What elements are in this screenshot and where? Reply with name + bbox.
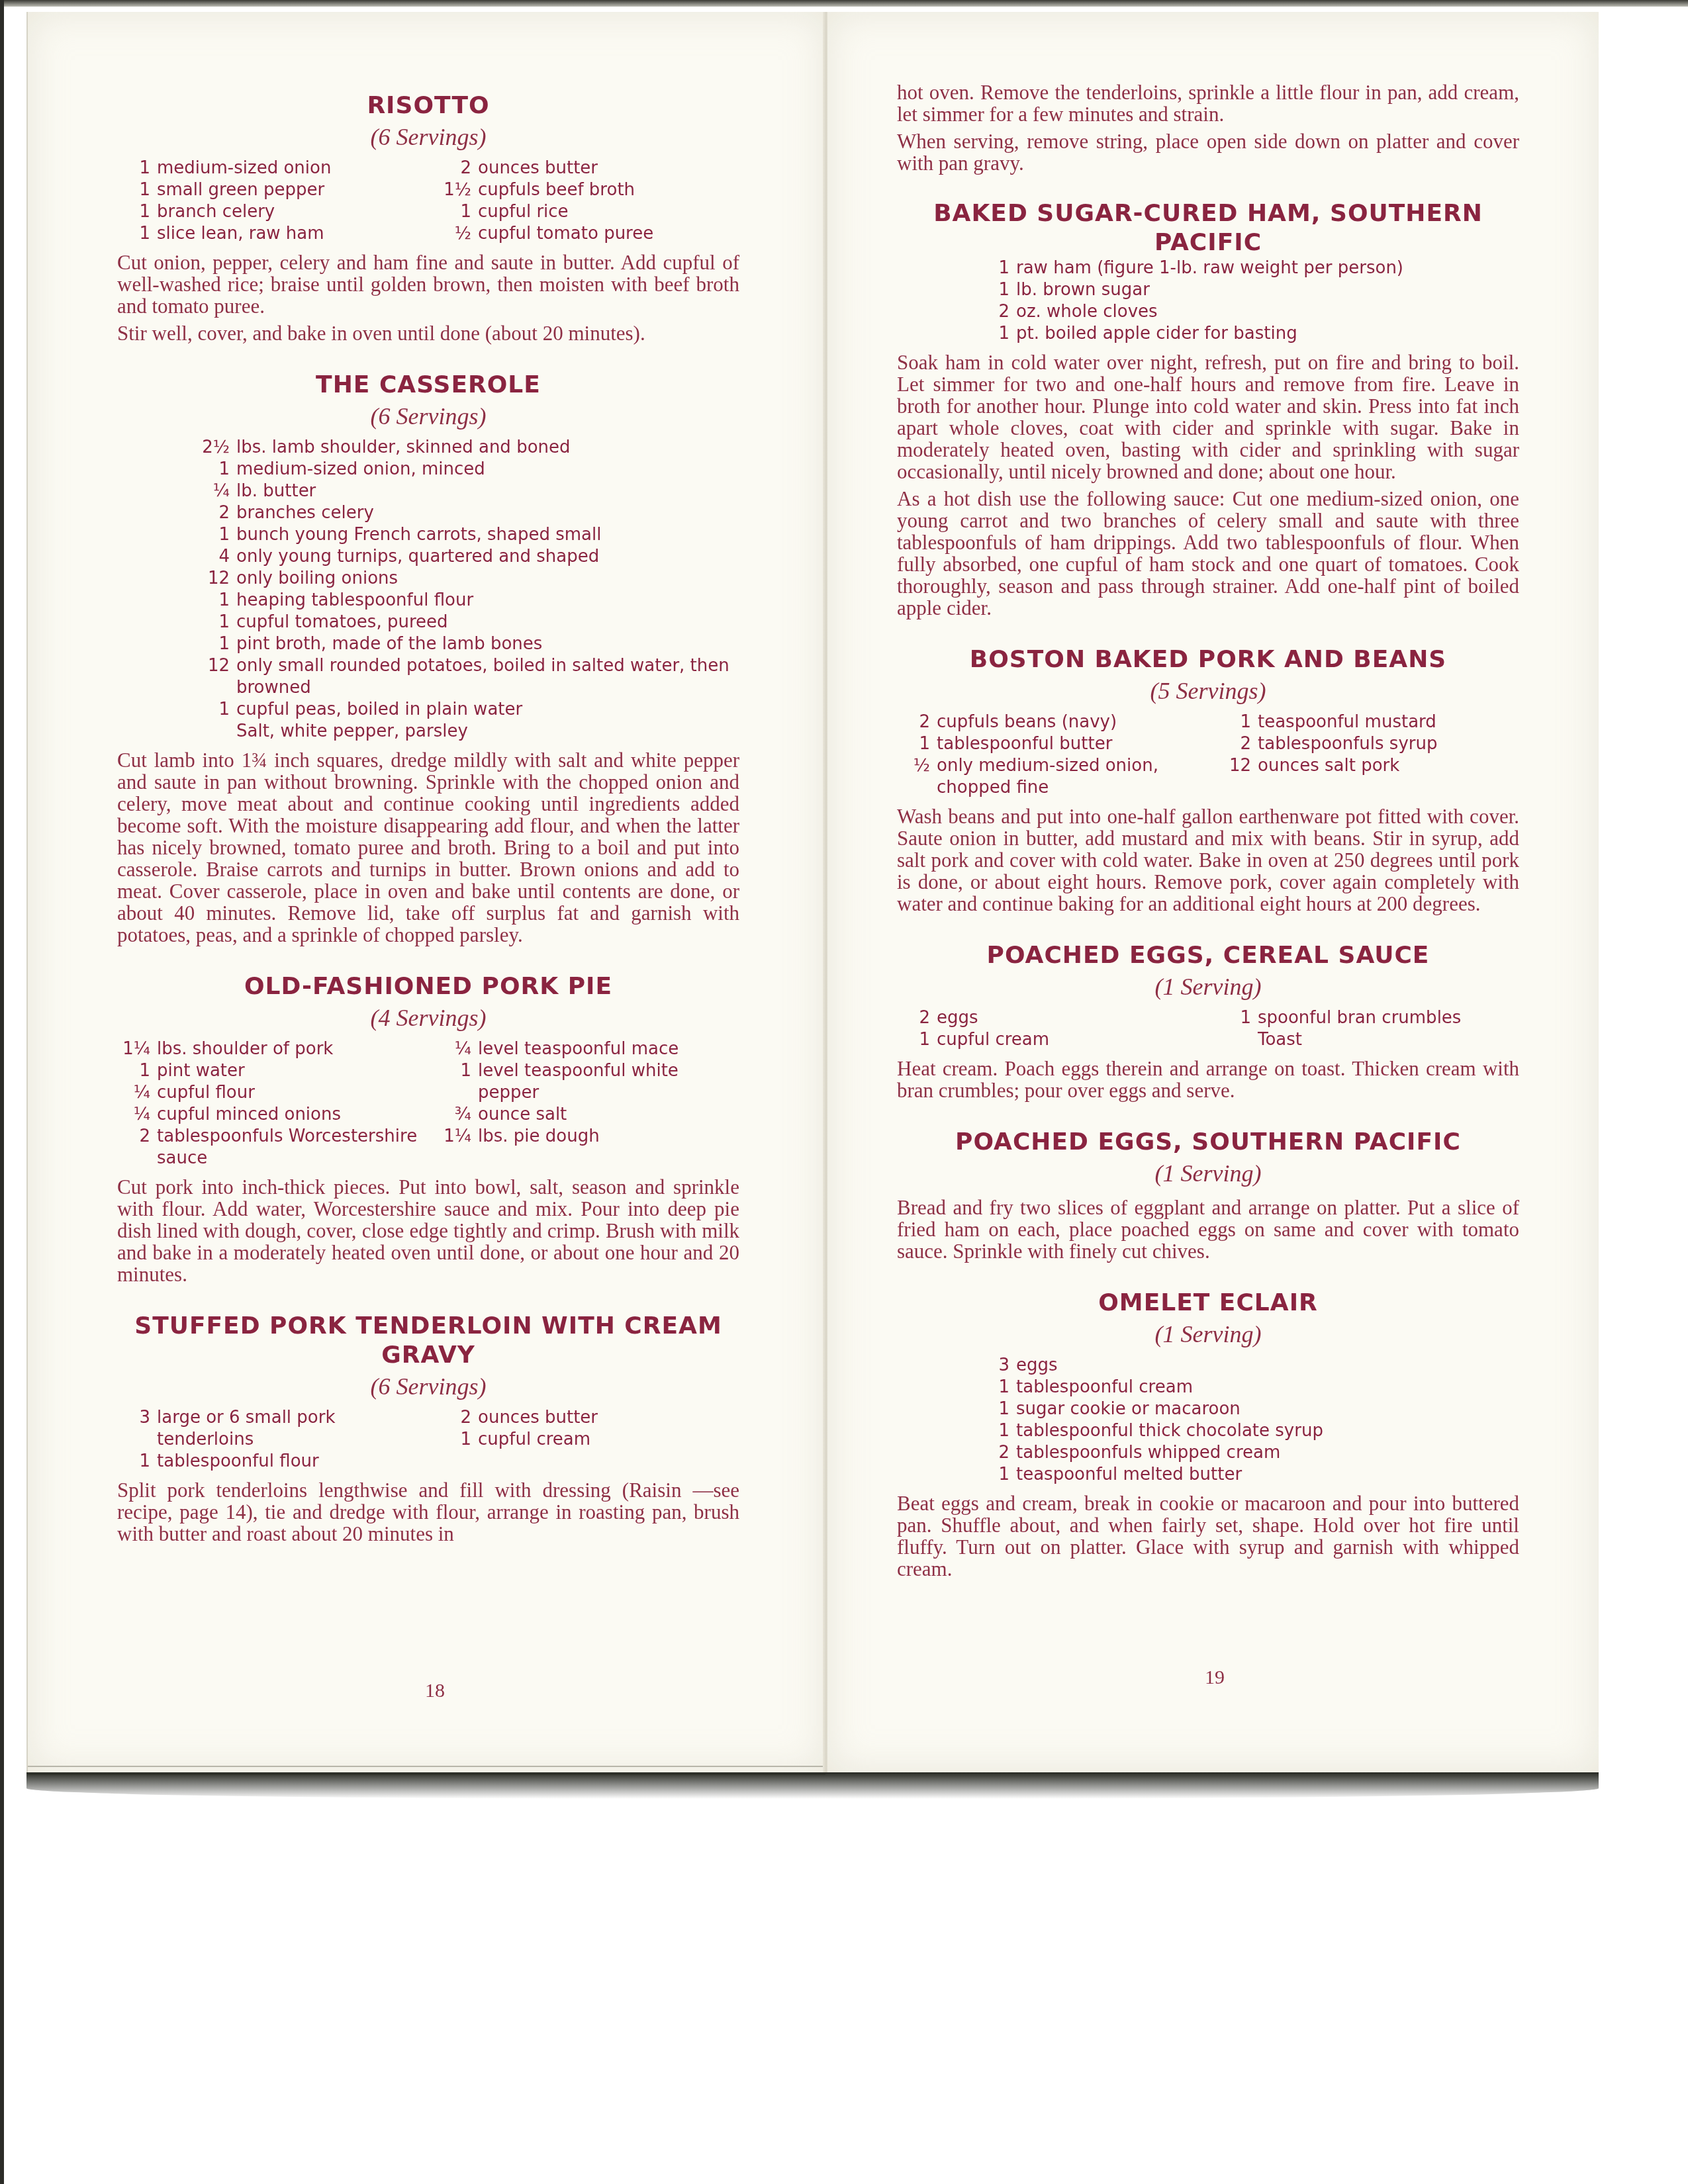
- ingredient-item: oz. whole cloves: [1016, 301, 1519, 323]
- ingredient-line: 1raw ham (figure 1-lb. raw weight per pe…: [976, 257, 1519, 279]
- ingredient-line: 1cupful rice: [438, 201, 739, 223]
- ingredient-item: eggs: [1016, 1355, 1519, 1377]
- direction-paragraph: Beat eggs and cream, break in cookie or …: [897, 1492, 1519, 1580]
- ingredient-item: heaping tablespoonful flour: [236, 590, 739, 612]
- ingredient-line: 1spoonful bran crumbles: [1218, 1007, 1519, 1029]
- recipe-directions: Cut lamb into 1¾ inch squares, dredge mi…: [117, 749, 739, 946]
- ingredient-line: 2tablespoonfuls whipped cream: [976, 1442, 1519, 1464]
- ingredient-quantity: 1: [117, 1451, 157, 1473]
- ingredient-quantity: 1: [976, 257, 1016, 279]
- ingredient-quantity: 3: [117, 1407, 157, 1451]
- ingredient-quantity: 1: [117, 158, 157, 179]
- ingredient-item: pint water: [157, 1060, 418, 1082]
- ingredient-line: 1bunch young French carrots, shaped smal…: [197, 524, 739, 546]
- left-page-content: RISOTTO(6 Servings)1medium-sized onion1s…: [117, 91, 739, 1571]
- ingredient-line: ¼cupful flour: [117, 1082, 418, 1104]
- ingredient-quantity: 2: [197, 502, 236, 524]
- ingredient-item: only boiling onions: [236, 568, 739, 590]
- recipe-block: THE CASSEROLE(6 Servings)2½lbs. lamb sho…: [117, 371, 739, 946]
- ingredient-item: ounces salt pork: [1258, 755, 1519, 777]
- ingredient-item: level teaspoonful mace: [478, 1038, 739, 1060]
- page-number-left: 18: [425, 1680, 445, 1702]
- direction-paragraph: When serving, remove string, place open …: [897, 130, 1519, 174]
- ingredient-quantity: ½: [897, 755, 937, 799]
- ingredient-item: ounces butter: [478, 158, 739, 179]
- ingredient-quantity: 2½: [197, 437, 236, 459]
- ingredient-quantity: 2: [1218, 733, 1258, 755]
- ingredient-item: small green pepper: [157, 179, 418, 201]
- ingredient-line: Salt, white pepper, parsley: [197, 721, 739, 743]
- page-number-right: 19: [1205, 1666, 1225, 1689]
- ingredient-quantity: 1: [438, 1060, 478, 1104]
- ingredient-line: 1medium-sized onion: [117, 158, 418, 179]
- direction-paragraph: Split pork tenderloins lengthwise and fi…: [117, 1479, 739, 1545]
- ingredient-line: ½only medium-sized onion, chopped fine: [897, 755, 1198, 799]
- direction-paragraph: Cut lamb into 1¾ inch squares, dredge mi…: [117, 749, 739, 946]
- ingredient-quantity: 2: [976, 1442, 1016, 1464]
- ingredient-quantity: 2: [897, 1007, 937, 1029]
- direction-paragraph: Heat cream. Poach eggs therein and arran…: [897, 1058, 1519, 1101]
- ingredient-line: 2eggs: [897, 1007, 1198, 1029]
- ingredient-item: branches celery: [236, 502, 739, 524]
- ingredient-quantity: 1: [976, 323, 1016, 345]
- ingredient-line: 1cupful tomatoes, pureed: [197, 612, 739, 633]
- ingredient-item: medium-sized onion, minced: [236, 459, 739, 480]
- ingredient-line: 2½lbs. lamb shoulder, skinned and boned: [197, 437, 739, 459]
- ingredient-line: 1tablespoonful butter: [897, 733, 1198, 755]
- ingredient-quantity: 2: [976, 301, 1016, 323]
- ingredient-quantity: 1: [897, 1029, 937, 1051]
- ingredient-quantity: 1: [438, 201, 478, 223]
- ingredient-item: tablespoonful cream: [1016, 1377, 1519, 1398]
- ingredient-item: tablespoonful flour: [157, 1451, 418, 1473]
- recipe-servings: (4 Servings): [117, 1001, 739, 1034]
- ingredient-item: only young turnips, quartered and shaped: [236, 546, 739, 568]
- direction-paragraph: As a hot dish use the following sauce: C…: [897, 488, 1519, 619]
- ingredient-item: branch celery: [157, 201, 418, 223]
- ingredient-item: lbs. pie dough: [478, 1126, 739, 1148]
- ingredient-line: 1tablespoonful cream: [976, 1377, 1519, 1398]
- ingredient-quantity: 1: [117, 1060, 157, 1082]
- ingredient-quantity: ¾: [438, 1104, 478, 1126]
- ingredient-item: cupful tomatoes, pureed: [236, 612, 739, 633]
- ingredient-item: tablespoonful butter: [937, 733, 1198, 755]
- ingredient-line: 3eggs: [976, 1355, 1519, 1377]
- ingredient-list: 1¼lbs. shoulder of pork1pint water¼cupfu…: [117, 1038, 739, 1169]
- ingredient-quantity: 1: [197, 590, 236, 612]
- scan-border-left: [0, 0, 4, 2184]
- ingredient-line: ¾ounce salt: [438, 1104, 739, 1126]
- ingredient-line: 1cupful cream: [897, 1029, 1198, 1051]
- recipe-servings: (6 Servings): [117, 400, 739, 433]
- recipe-servings: (1 Serving): [897, 1157, 1519, 1190]
- recipe-title: STUFFED PORK TENDERLOIN WITH CREAM GRAVY: [117, 1312, 739, 1370]
- ingredient-item: ounce salt: [478, 1104, 739, 1126]
- ingredient-item: lb. brown sugar: [1016, 279, 1519, 301]
- ingredient-column-right: 1teaspoonful mustard2tablespoonfuls syru…: [1218, 711, 1519, 799]
- ingredient-quantity: 1: [1218, 1007, 1258, 1029]
- recipe-servings: (6 Servings): [117, 1370, 739, 1403]
- ingredient-item: cupful cream: [937, 1029, 1198, 1051]
- ingredient-line: 1½cupfuls beef broth: [438, 179, 739, 201]
- recipe-block: RISOTTO(6 Servings)1medium-sized onion1s…: [117, 91, 739, 344]
- ingredient-line: 2tablespoonfuls Worcestershire sauce: [117, 1126, 418, 1169]
- ingredient-item: pt. boiled apple cider for basting: [1016, 323, 1519, 345]
- ingredient-line: 1pt. boiled apple cider for basting: [976, 323, 1519, 345]
- recipe-title: POACHED EGGS, CEREAL SAUCE: [897, 941, 1519, 970]
- ingredient-quantity: 1: [197, 459, 236, 480]
- ingredient-quantity: 12: [1218, 755, 1258, 777]
- ingredient-line: ¼cupful minced onions: [117, 1104, 418, 1126]
- right-page-content: hot oven. Remove the tenderloins, sprink…: [897, 81, 1519, 1606]
- ingredient-line: 1heaping tablespoonful flour: [197, 590, 739, 612]
- ingredient-item: only medium-sized onion, chopped fine: [937, 755, 1198, 799]
- ingredient-quantity: 1: [117, 179, 157, 201]
- ingredient-item: teaspoonful melted butter: [1016, 1464, 1519, 1486]
- ingredient-item: cupful flour: [157, 1082, 418, 1104]
- ingredient-line: 1tablespoonful flour: [117, 1451, 418, 1473]
- ingredient-line: 1cupful cream: [438, 1429, 739, 1451]
- ingredient-item: slice lean, raw ham: [157, 223, 418, 245]
- ingredient-line: 1cupful peas, boiled in plain water: [197, 699, 739, 721]
- recipe-directions: Beat eggs and cream, break in cookie or …: [897, 1492, 1519, 1580]
- ingredient-line: 12only small rounded potatoes, boiled in…: [197, 655, 739, 699]
- ingredient-item: Salt, white pepper, parsley: [236, 721, 739, 743]
- ingredient-item: tablespoonfuls whipped cream: [1016, 1442, 1519, 1464]
- ingredient-item: level teaspoonful white pepper: [478, 1060, 739, 1104]
- ingredient-item: large or 6 small pork tenderloins: [157, 1407, 418, 1451]
- ingredient-column-left: 1medium-sized onion1small green pepper1b…: [117, 158, 418, 245]
- ingredient-item: cupful peas, boiled in plain water: [236, 699, 739, 721]
- ingredient-quantity: ¼: [117, 1082, 157, 1104]
- ingredient-column-right: 1spoonful bran crumblesToast: [1218, 1007, 1519, 1051]
- recipe-servings: (5 Servings): [897, 674, 1519, 707]
- open-booklet: RISOTTO(6 Servings)1medium-sized onion1s…: [26, 12, 1599, 1786]
- ingredient-quantity: 1½: [438, 179, 478, 201]
- ingredient-line: 1pint water: [117, 1060, 418, 1082]
- ingredient-line: 2cupfuls beans (navy): [897, 711, 1198, 733]
- ingredient-line: 2branches celery: [197, 502, 739, 524]
- recipe-directions: Cut pork into inch-thick pieces. Put int…: [117, 1176, 739, 1285]
- direction-paragraph: Bread and fry two slices of eggplant and…: [897, 1197, 1519, 1262]
- ingredient-list: 3eggs1tablespoonful cream1sugar cookie o…: [976, 1355, 1519, 1486]
- ingredient-quantity: ¼: [117, 1104, 157, 1126]
- ingredient-list: 2½lbs. lamb shoulder, skinned and boned1…: [197, 437, 739, 743]
- ingredient-quantity: 1: [117, 223, 157, 245]
- ingredient-quantity: 1: [1218, 711, 1258, 733]
- booklet-shadow: [26, 1772, 1599, 1799]
- ingredient-quantity: 1: [197, 524, 236, 546]
- ingredient-line: 2oz. whole cloves: [976, 301, 1519, 323]
- recipe-directions: Soak ham in cold water over night, refre…: [897, 351, 1519, 619]
- ingredient-quantity: ¼: [197, 480, 236, 502]
- ingredient-item: cupfuls beans (navy): [937, 711, 1198, 733]
- recipe-title: BAKED SUGAR-CURED HAM, SOUTHERN PACIFIC: [897, 199, 1519, 257]
- ingredient-quantity: 1: [197, 612, 236, 633]
- spacer: [897, 179, 1519, 199]
- ingredient-quantity: [197, 721, 236, 743]
- ingredient-column-right: 2ounces butter1cupful cream: [438, 1407, 739, 1473]
- ingredient-item: tablespoonful thick chocolate syrup: [1016, 1420, 1519, 1442]
- ingredient-item: eggs: [937, 1007, 1198, 1029]
- page-19: hot oven. Remove the tenderloins, sprink…: [827, 12, 1599, 1772]
- direction-paragraph: Cut pork into inch-thick pieces. Put int…: [117, 1176, 739, 1285]
- ingredient-quantity: 4: [197, 546, 236, 568]
- ingredient-column-right: ¼level teaspoonful mace1level teaspoonfu…: [438, 1038, 739, 1169]
- ingredient-line: 1¼lbs. pie dough: [438, 1126, 739, 1148]
- ingredient-line: 1teaspoonful melted butter: [976, 1464, 1519, 1486]
- ingredient-item: cupful rice: [478, 201, 739, 223]
- ingredient-item: sugar cookie or macaroon: [1016, 1398, 1519, 1420]
- ingredient-quantity: 1¼: [117, 1038, 157, 1060]
- ingredient-item: ounces butter: [478, 1407, 739, 1429]
- recipe-directions: Heat cream. Poach eggs therein and arran…: [897, 1058, 1519, 1101]
- ingredient-list: 2cupfuls beans (navy)1tablespoonful butt…: [897, 711, 1519, 799]
- ingredient-line: 2ounces butter: [438, 1407, 739, 1429]
- ingredient-line: ¼level teaspoonful mace: [438, 1038, 739, 1060]
- recipe-directions: Cut onion, pepper, celery and ham fine a…: [117, 251, 739, 344]
- page-18: RISOTTO(6 Servings)1medium-sized onion1s…: [26, 12, 825, 1772]
- ingredient-list: 2eggs1cupful cream1spoonful bran crumble…: [897, 1007, 1519, 1051]
- ingredient-item: lbs. lamb shoulder, skinned and boned: [236, 437, 739, 459]
- ingredient-column-left: 3large or 6 small pork tenderloins1table…: [117, 1407, 418, 1473]
- ingredient-quantity: 2: [897, 711, 937, 733]
- ingredient-item: tablespoonfuls syrup: [1258, 733, 1519, 755]
- ingredient-line: 1¼lbs. shoulder of pork: [117, 1038, 418, 1060]
- direction-paragraph: Cut onion, pepper, celery and ham fine a…: [117, 251, 739, 317]
- recipe-block: BAKED SUGAR-CURED HAM, SOUTHERN PACIFIC1…: [897, 199, 1519, 619]
- ingredient-list: 3large or 6 small pork tenderloins1table…: [117, 1407, 739, 1473]
- ingredient-line: 12ounces salt pork: [1218, 755, 1519, 777]
- ingredient-item: teaspoonful mustard: [1258, 711, 1519, 733]
- recipe-title: BOSTON BAKED PORK AND BEANS: [897, 645, 1519, 674]
- recipe-title: OMELET ECLAIR: [897, 1289, 1519, 1318]
- recipe-title: OLD-FASHIONED PORK PIE: [117, 972, 739, 1001]
- ingredient-line: ¼lb. butter: [197, 480, 739, 502]
- scan-border-top: [0, 0, 1688, 7]
- ingredient-quantity: 12: [197, 568, 236, 590]
- ingredient-line: 12only boiling onions: [197, 568, 739, 590]
- ingredient-line: 2tablespoonfuls syrup: [1218, 733, 1519, 755]
- ingredient-item: tablespoonfuls Worcestershire sauce: [157, 1126, 418, 1169]
- continued-directions: hot oven. Remove the tenderloins, sprink…: [897, 81, 1519, 174]
- ingredient-line: 1lb. brown sugar: [976, 279, 1519, 301]
- recipe-servings: (1 Serving): [897, 1318, 1519, 1351]
- ingredient-item: Toast: [1258, 1029, 1519, 1051]
- ingredient-line: 1level teaspoonful white pepper: [438, 1060, 739, 1104]
- ingredient-line: 1tablespoonful thick chocolate syrup: [976, 1420, 1519, 1442]
- ingredient-quantity: 1: [438, 1429, 478, 1451]
- ingredient-quantity: ¼: [438, 1038, 478, 1060]
- ingredient-line: 1slice lean, raw ham: [117, 223, 418, 245]
- recipe-directions: Wash beans and put into one-half gallon …: [897, 805, 1519, 915]
- ingredient-item: lbs. shoulder of pork: [157, 1038, 418, 1060]
- ingredient-quantity: 3: [976, 1355, 1016, 1377]
- ingredient-line: 4only young turnips, quartered and shape…: [197, 546, 739, 568]
- ingredient-column-left: 2cupfuls beans (navy)1tablespoonful butt…: [897, 711, 1198, 799]
- ingredient-item: cupful minced onions: [157, 1104, 418, 1126]
- recipe-title: POACHED EGGS, SOUTHERN PACIFIC: [897, 1128, 1519, 1157]
- ingredient-line: Toast: [1218, 1029, 1519, 1051]
- ingredient-column-left: 2eggs1cupful cream: [897, 1007, 1198, 1051]
- direction-paragraph: hot oven. Remove the tenderloins, sprink…: [897, 81, 1519, 125]
- ingredient-item: bunch young French carrots, shaped small: [236, 524, 739, 546]
- ingredient-quantity: 1: [976, 279, 1016, 301]
- ingredient-line: 1medium-sized onion, minced: [197, 459, 739, 480]
- recipe-title: RISOTTO: [117, 91, 739, 120]
- direction-paragraph: Wash beans and put into one-half gallon …: [897, 805, 1519, 915]
- ingredient-item: lb. butter: [236, 480, 739, 502]
- ingredient-line: 1branch celery: [117, 201, 418, 223]
- ingredient-quantity: 1: [197, 633, 236, 655]
- ingredient-line: ½cupful tomato puree: [438, 223, 739, 245]
- recipe-servings: (1 Serving): [897, 970, 1519, 1003]
- ingredient-quantity: 1: [976, 1398, 1016, 1420]
- ingredient-quantity: 1: [117, 201, 157, 223]
- ingredient-quantity: 1¼: [438, 1126, 478, 1148]
- ingredient-quantity: 2: [117, 1126, 157, 1169]
- ingredient-quantity: ½: [438, 223, 478, 245]
- recipe-block: POACHED EGGS, SOUTHERN PACIFIC(1 Serving…: [897, 1128, 1519, 1262]
- ingredient-line: 3large or 6 small pork tenderloins: [117, 1407, 418, 1451]
- ingredient-quantity: 1: [976, 1377, 1016, 1398]
- ingredient-item: cupfuls beef broth: [478, 179, 739, 201]
- recipe-block: OLD-FASHIONED PORK PIE(4 Servings)1¼lbs.…: [117, 972, 739, 1285]
- ingredient-quantity: 1: [897, 733, 937, 755]
- ingredient-quantity: 1: [976, 1464, 1016, 1486]
- ingredient-list: 1raw ham (figure 1-lb. raw weight per pe…: [976, 257, 1519, 345]
- ingredient-quantity: 2: [438, 1407, 478, 1429]
- recipe-block: BOSTON BAKED PORK AND BEANS(5 Servings)2…: [897, 645, 1519, 915]
- recipe-directions: Split pork tenderloins lengthwise and fi…: [117, 1479, 739, 1545]
- ingredient-quantity: 12: [197, 655, 236, 699]
- ingredient-quantity: 1: [197, 699, 236, 721]
- ingredient-item: pint broth, made of the lamb bones: [236, 633, 739, 655]
- recipe-servings: (6 Servings): [117, 120, 739, 154]
- ingredient-item: medium-sized onion: [157, 158, 418, 179]
- ingredient-item: cupful tomato puree: [478, 223, 739, 245]
- ingredient-column-left: 1¼lbs. shoulder of pork1pint water¼cupfu…: [117, 1038, 418, 1169]
- recipe-block: POACHED EGGS, CEREAL SAUCE(1 Serving)2eg…: [897, 941, 1519, 1101]
- ingredient-line: 2ounces butter: [438, 158, 739, 179]
- ingredient-line: 1teaspoonful mustard: [1218, 711, 1519, 733]
- recipe-block: OMELET ECLAIR(1 Serving)3eggs1tablespoon…: [897, 1289, 1519, 1580]
- direction-paragraph: Soak ham in cold water over night, refre…: [897, 351, 1519, 482]
- ingredient-list: 1medium-sized onion1small green pepper1b…: [117, 158, 739, 245]
- ingredient-item: spoonful bran crumbles: [1258, 1007, 1519, 1029]
- ingredient-line: 1sugar cookie or macaroon: [976, 1398, 1519, 1420]
- ingredient-quantity: [1218, 1029, 1258, 1051]
- recipe-title: THE CASSEROLE: [117, 371, 739, 400]
- recipe-directions: Bread and fry two slices of eggplant and…: [897, 1197, 1519, 1262]
- direction-paragraph: Stir well, cover, and bake in oven until…: [117, 322, 739, 344]
- ingredient-line: 1pint broth, made of the lamb bones: [197, 633, 739, 655]
- ingredient-item: only small rounded potatoes, boiled in s…: [236, 655, 739, 699]
- ingredient-line: 1small green pepper: [117, 179, 418, 201]
- recipe-block: STUFFED PORK TENDERLOIN WITH CREAM GRAVY…: [117, 1312, 739, 1545]
- ingredient-quantity: 1: [976, 1420, 1016, 1442]
- ingredient-quantity: 2: [438, 158, 478, 179]
- ingredient-item: cupful cream: [478, 1429, 739, 1451]
- ingredient-column-right: 2ounces butter1½cupfuls beef broth1cupfu…: [438, 158, 739, 245]
- ingredient-item: raw ham (figure 1-lb. raw weight per per…: [1016, 257, 1519, 279]
